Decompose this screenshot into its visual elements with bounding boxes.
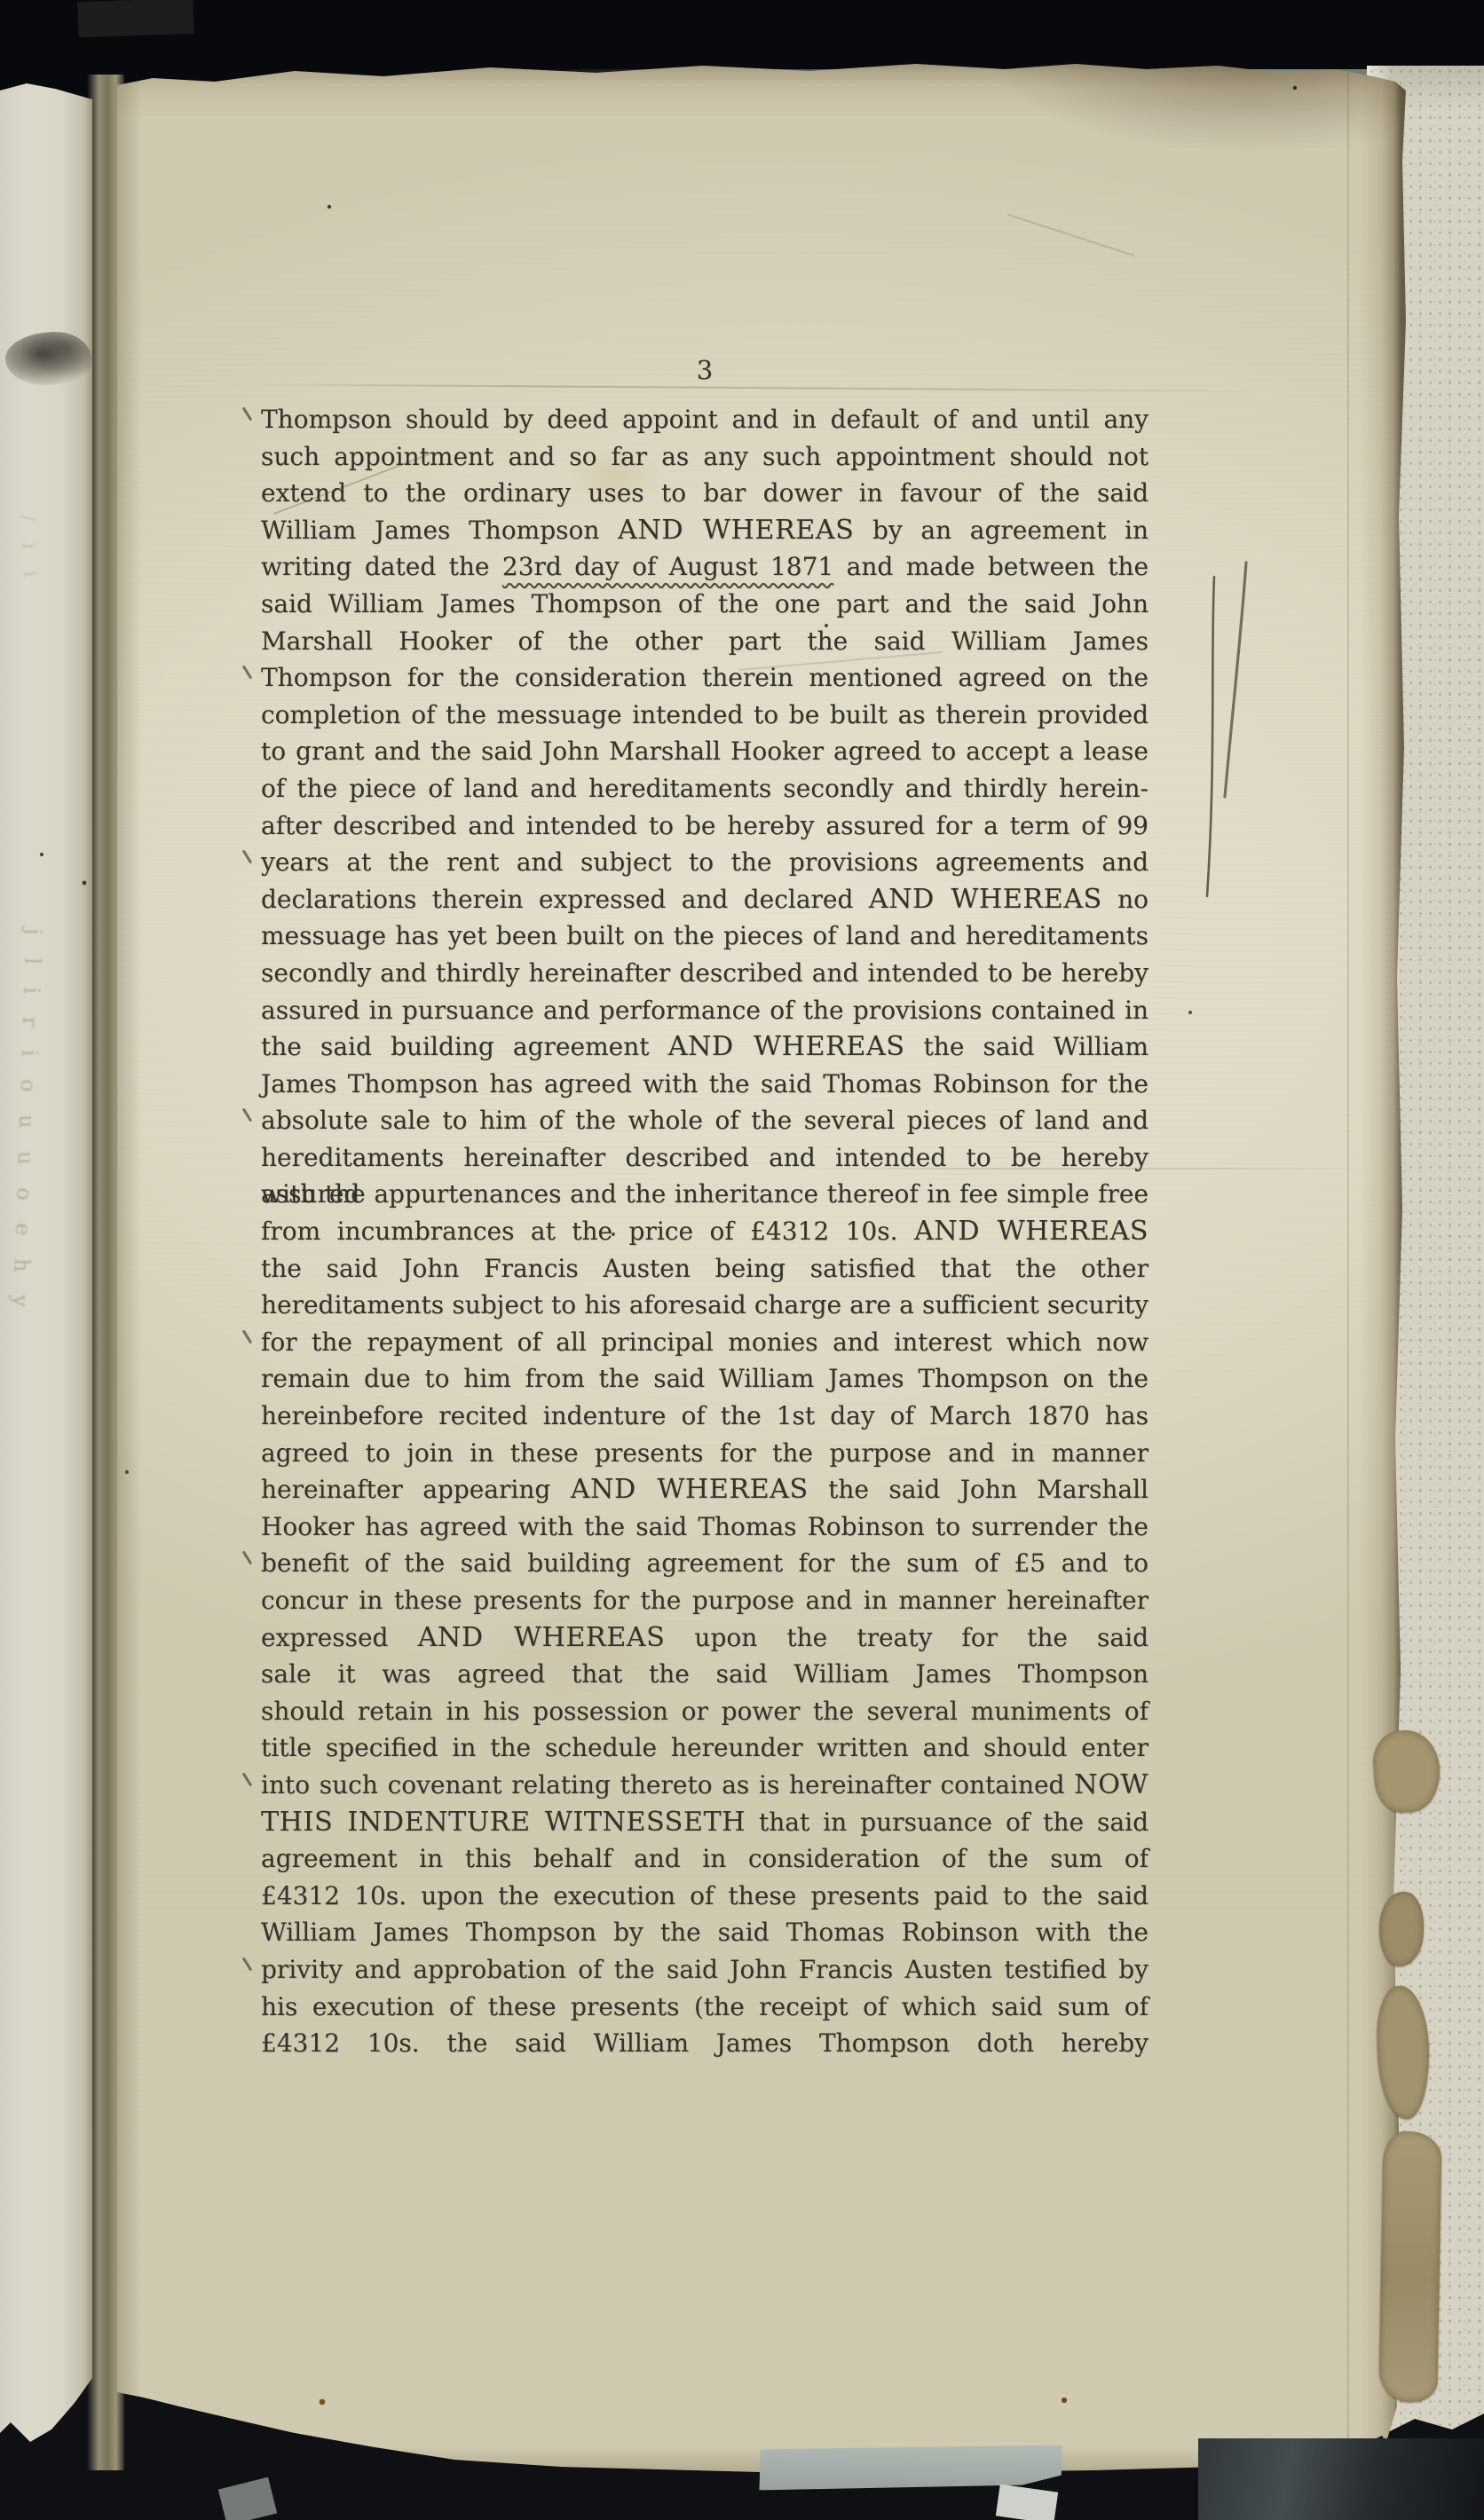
previous-page-edge: j l i r i o u u o e h y / i i xyxy=(0,78,92,2442)
text-segment: Hooker has agreed with the said Thomas R… xyxy=(261,1512,1149,1541)
text-segment: hereditaments subject to his aforesaid c… xyxy=(261,1290,1149,1319)
pen-tick-mark xyxy=(242,1108,253,1122)
text-segment: and made between the xyxy=(833,552,1149,581)
text-line: secondly and thirdly hereinafter describ… xyxy=(261,955,1149,992)
text-line: absolute sale to him of the whole of the… xyxy=(261,1102,1149,1139)
ink-blot xyxy=(5,332,92,385)
margin-pen-marks xyxy=(1186,531,1275,903)
text-line: declarations therein expressed and decla… xyxy=(261,881,1149,918)
text-line: benefit of the said building agreement f… xyxy=(261,1545,1149,1582)
text-segment: that in pursuance of the said xyxy=(746,1807,1149,1837)
bottom-page-edge xyxy=(996,2485,1058,2520)
text-line: sale it was agreed that the said William… xyxy=(261,1656,1149,1693)
text-segment: Marshall Hooker of the other part the sa… xyxy=(261,626,1149,656)
paper-specks xyxy=(0,0,2,2)
text-line: to grant and the said John Marshall Hook… xyxy=(261,733,1149,770)
text-line: assured in pursuance and performance of … xyxy=(261,992,1149,1029)
text-line: his execution of these presents (the rec… xyxy=(261,1988,1149,2026)
text-line: of the piece of land and hereditaments s… xyxy=(261,770,1149,807)
text-line: agreement in this behalf and in consider… xyxy=(261,1840,1149,1878)
text-segment: Thompson for the consideration therein m… xyxy=(261,663,1149,692)
text-line: such appointment and so far as any such … xyxy=(261,438,1149,476)
text-segment: privity and approbation of the said John… xyxy=(261,1955,1149,1984)
text-segment: from incumbrances at the price of £4312 … xyxy=(261,1217,914,1246)
text-segment: the said John Marshall xyxy=(809,1475,1149,1504)
text-segment: William James Thompson xyxy=(261,516,618,545)
text-segment: his execution of these presents (the rec… xyxy=(261,1992,1149,2021)
text-line: after described and intended to be hereb… xyxy=(261,807,1149,845)
text-line: extend to the ordinary uses to bar dower… xyxy=(261,475,1149,512)
show-through-marks: / i i xyxy=(17,515,53,808)
document-page: 3 Thompson should by deed appoint and in… xyxy=(117,55,1406,2486)
text-line: writing dated the 23rd day of August 187… xyxy=(261,548,1149,586)
text-line: completion of the messuage intended to b… xyxy=(261,697,1149,734)
text-line: THIS INDENTURE WITNESSETH that in pursua… xyxy=(261,1804,1149,1841)
text-segment: said William James Thompson of the one p… xyxy=(261,589,1149,618)
book-scan: j l i r i o u u o e h y / i i 3 Thompson… xyxy=(0,0,1484,2520)
text-line: William James Thompson by the said Thoma… xyxy=(261,1914,1149,1951)
text-line: £4312 10s. the said William James Thomps… xyxy=(261,2025,1149,2062)
text-segment: title specified in the schedule hereunde… xyxy=(261,1733,1149,1762)
text-segment: absolute sale to him of the whole of the… xyxy=(261,1106,1149,1135)
text-segment: concur in these presents for the purpose… xyxy=(261,1586,1149,1615)
text-segment: the said John Francis Austen being satis… xyxy=(261,1254,1149,1283)
emphasis-caps: AND WHEREAS xyxy=(618,515,854,546)
text-segment: James Thompson has agreed with the said … xyxy=(261,1069,1149,1099)
text-segment: should retain in his possession or power… xyxy=(261,1697,1149,1726)
underlined-date: 23rd day of August 1871 xyxy=(502,552,833,581)
text-line: William James Thompson AND WHEREAS by an… xyxy=(261,512,1149,549)
bottom-page-edges xyxy=(1198,2438,1484,2520)
show-through-marks: j l i r i o u u o e h y xyxy=(4,928,46,1426)
text-line: hereditaments hereinafter described and … xyxy=(261,1139,1149,1177)
text-segment: for the repayment of all principal monie… xyxy=(261,1327,1149,1357)
text-line: the said John Francis Austen being satis… xyxy=(261,1250,1149,1288)
bottom-page-edge xyxy=(218,2477,277,2520)
emphasis-caps: NOW xyxy=(1074,1769,1149,1800)
emphasis-caps: AND WHEREAS xyxy=(418,1622,666,1653)
text-line: said William James Thompson of the one p… xyxy=(261,586,1149,623)
text-segment: no xyxy=(1102,885,1149,914)
text-segment: into such covenant relating thereto as i… xyxy=(261,1770,1074,1799)
text-line: Marshall Hooker of the other part the sa… xyxy=(261,623,1149,660)
text-block: Thompson should by deed appoint and in d… xyxy=(261,401,1149,2062)
paper-score-line xyxy=(1347,55,1349,2486)
text-line: the said building agreement AND WHEREAS … xyxy=(261,1028,1149,1066)
text-segment: after described and intended to be hereb… xyxy=(261,811,1149,840)
text-segment: messuage has yet been built on the piece… xyxy=(261,921,1149,950)
text-segment: such appointment and so far as any such … xyxy=(261,442,1149,471)
text-segment: the said William xyxy=(904,1032,1149,1061)
text-segment: upon the treaty for the said xyxy=(665,1623,1149,1652)
text-segment: of the piece of land and hereditaments s… xyxy=(261,774,1149,803)
text-segment: £4312 10s. the said William James Thomps… xyxy=(261,2028,1149,2058)
text-line: for the repayment of all principal monie… xyxy=(261,1324,1149,1361)
text-segment: expressed xyxy=(261,1623,418,1652)
text-line: with the appurtenances and the inheritan… xyxy=(261,1176,1149,1213)
text-line: years at the rent and subject to the pro… xyxy=(261,844,1149,881)
emphasis-caps: THIS INDENTURE WITNESSETH xyxy=(261,1807,746,1838)
page-corner-above xyxy=(77,0,193,37)
text-segment: sale it was agreed that the said William… xyxy=(261,1659,1149,1689)
text-line: Thompson should by deed appoint and in d… xyxy=(261,401,1149,438)
text-line: hereditaments subject to his aforesaid c… xyxy=(261,1287,1149,1324)
text-line: messuage has yet been built on the piece… xyxy=(261,917,1149,955)
text-segment: agreement in this behalf and in consider… xyxy=(261,1844,1149,1873)
text-line: expressed AND WHEREAS upon the treaty fo… xyxy=(261,1619,1149,1657)
text-segment: the said building agreement xyxy=(261,1032,668,1061)
emphasis-caps: AND WHEREAS xyxy=(914,1216,1149,1247)
text-segment: years at the rent and subject to the pro… xyxy=(261,847,1149,877)
emphasis-caps: AND WHEREAS xyxy=(668,1031,905,1062)
text-line: should retain in his possession or power… xyxy=(261,1693,1149,1730)
text-line: Hooker has agreed with the said Thomas R… xyxy=(261,1508,1149,1546)
text-segment: writing dated the xyxy=(261,552,502,581)
text-segment: hereinafter appearing xyxy=(261,1475,571,1504)
page-number: 3 xyxy=(261,355,1149,385)
text-line: from incumbrances at the price of £4312 … xyxy=(261,1213,1149,1250)
text-segment: agreed to join in these presents for the… xyxy=(261,1438,1149,1468)
text-line: into such covenant relating thereto as i… xyxy=(261,1767,1149,1804)
text-segment: Thompson should by deed appoint and in d… xyxy=(261,405,1149,434)
text-line: Thompson for the consideration therein m… xyxy=(261,659,1149,697)
text-segment: completion of the messuage intended to b… xyxy=(261,700,1149,729)
text-line: £4312 10s. upon the execution of these p… xyxy=(261,1878,1149,1915)
text-line: hereinafter appearing AND WHEREAS the sa… xyxy=(261,1471,1149,1508)
text-segment: £4312 10s. upon the execution of these p… xyxy=(261,1881,1149,1910)
text-segment: William James Thompson by the said Thoma… xyxy=(261,1918,1149,1947)
emphasis-caps: AND WHEREAS xyxy=(869,884,1102,915)
text-line: agreed to join in these presents for the… xyxy=(261,1435,1149,1472)
text-line: concur in these presents for the purpose… xyxy=(261,1582,1149,1619)
pen-tick-mark xyxy=(242,1957,253,1971)
text-segment: benefit of the said building agreement f… xyxy=(261,1548,1149,1578)
pen-tick-mark xyxy=(242,1551,253,1565)
text-segment: remain due to him from the said William … xyxy=(261,1364,1149,1393)
paper-scratch xyxy=(1007,214,1134,256)
text-line: title specified in the schedule hereunde… xyxy=(261,1729,1149,1767)
text-segment: extend to the ordinary uses to bar dower… xyxy=(261,478,1149,508)
text-line: privity and approbation of the said John… xyxy=(261,1951,1149,1988)
pen-tick-mark xyxy=(242,406,253,421)
text-line: hereinbefore recited indenture of the 1s… xyxy=(261,1398,1149,1435)
pen-tick-mark xyxy=(242,850,253,864)
pen-tick-mark xyxy=(242,665,253,680)
repair-patch xyxy=(1378,2130,1441,2402)
text-line: James Thompson has agreed with the said … xyxy=(261,1066,1149,1103)
pen-tick-mark xyxy=(242,1772,253,1786)
text-segment: to grant and the said John Marshall Hook… xyxy=(261,736,1149,766)
text-segment: hereinbefore recited indenture of the 1s… xyxy=(261,1401,1149,1430)
pen-tick-mark xyxy=(242,1329,253,1343)
text-line: remain due to him from the said William … xyxy=(261,1360,1149,1398)
emphasis-caps: AND WHEREAS xyxy=(571,1474,809,1505)
text-segment: by an agreement in xyxy=(854,516,1149,545)
text-segment: assured in pursuance and performance of … xyxy=(261,996,1149,1025)
text-segment: secondly and thirdly hereinafter describ… xyxy=(261,958,1149,988)
text-segment: with the appurtenances and the inheritan… xyxy=(261,1179,1149,1209)
text-segment: declarations therein expressed and decla… xyxy=(261,885,869,914)
